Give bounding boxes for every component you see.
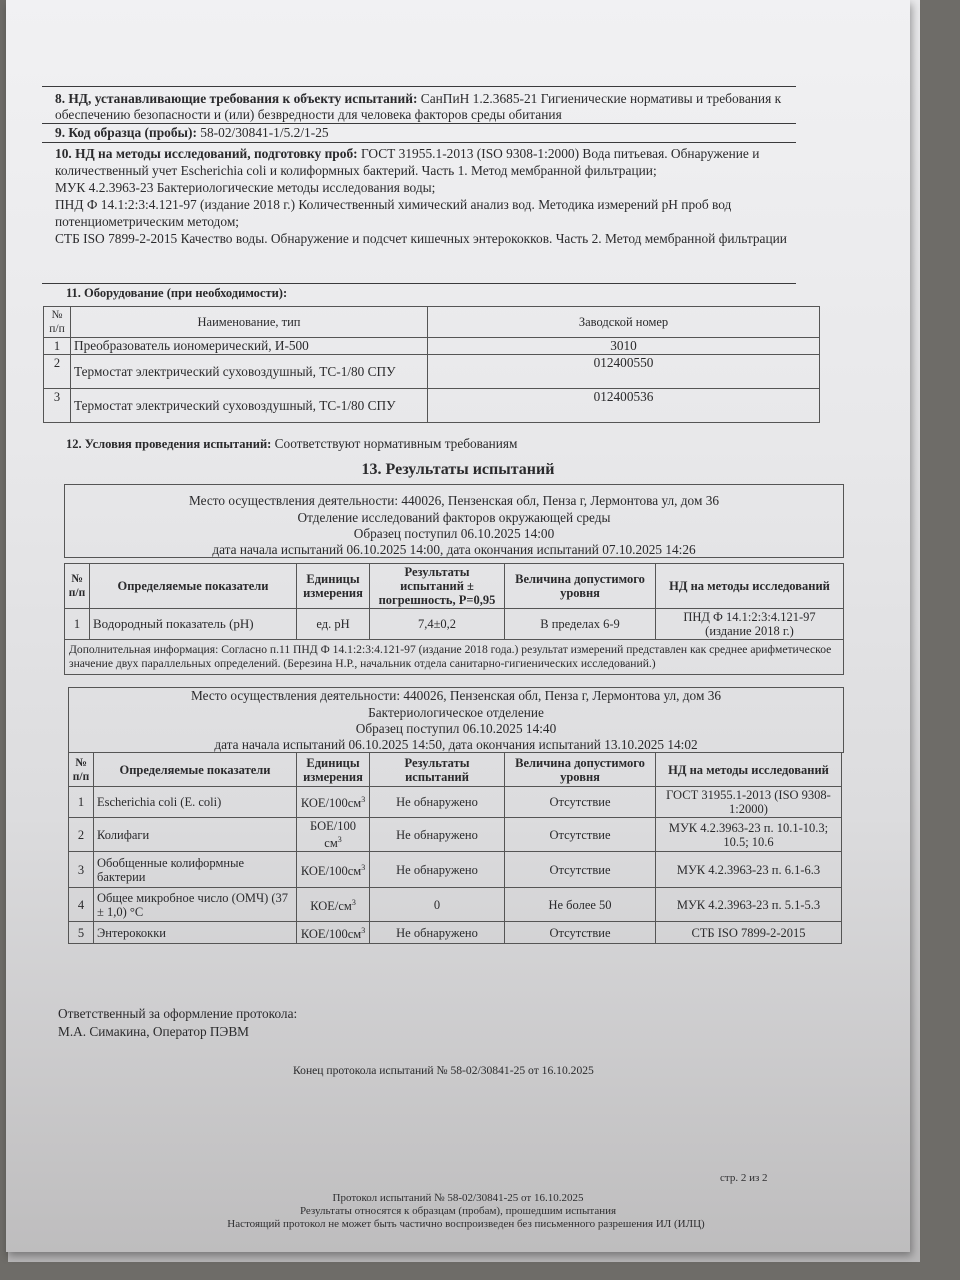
section-10-line-4: СТБ ISO 7899-2-2015 Качество воды. Обнар… bbox=[55, 231, 787, 246]
cell-n: 2 bbox=[44, 355, 71, 389]
responsible: Ответственный за оформление протокола: М… bbox=[58, 1005, 297, 1041]
unit-superscript: 3 bbox=[361, 863, 365, 872]
cell-indicator: Колифаги bbox=[94, 818, 297, 852]
section-11-label: 11. Оборудование (при необходимости): bbox=[66, 286, 287, 301]
col-n: № п/п bbox=[65, 564, 90, 609]
document-page: 8. НД, устанавливающие требования к объе… bbox=[6, 0, 910, 1252]
received: Образец поступил 06.10.2025 14:00 bbox=[65, 526, 843, 543]
unit-superscript: 3 bbox=[361, 926, 365, 935]
col-indicator: Определяемые показатели bbox=[94, 753, 297, 787]
additional-info: Дополнительная информация: Согласно п.11… bbox=[64, 640, 844, 675]
cell-method: ПНД Ф 14.1:2:3:4.121-97 (издание 2018 г.… bbox=[656, 609, 844, 640]
col-unit: Единицы измерения bbox=[297, 564, 370, 609]
cell-name: Термостат электрический суховоздушный, Т… bbox=[71, 389, 428, 423]
cell-limit: Отсутствие bbox=[505, 818, 656, 852]
responsible-name: М.А. Симакина, Оператор ПЭВМ bbox=[58, 1023, 297, 1041]
place: Место осуществления деятельности: 440026… bbox=[69, 688, 843, 705]
page-number: стр. 2 из 2 bbox=[720, 1172, 768, 1184]
cell-method: СТБ ISO 7899-2-2015 bbox=[656, 922, 842, 944]
table-row: 3 Термостат электрический суховоздушный,… bbox=[44, 389, 820, 423]
table-row: 2 Термостат электрический суховоздушный,… bbox=[44, 355, 820, 389]
cell-unit: КОЕ/100см3 bbox=[297, 787, 370, 818]
end-note: Конец протокола испытаний № 58-02/30841-… bbox=[293, 1064, 594, 1077]
table-row: 5ЭнтерококкиКОЕ/100см3Не обнаруженоОтсут… bbox=[69, 922, 842, 944]
results-table-1: № п/п Определяемые показатели Единицы из… bbox=[64, 563, 844, 640]
cell-result: Не обнаружено bbox=[370, 787, 505, 818]
section-8: 8. НД, устанавливающие требования к объе… bbox=[55, 91, 795, 123]
cell-n: 3 bbox=[69, 852, 94, 888]
cell-method: МУК 4.2.3963-23 п. 6.1-6.3 bbox=[656, 852, 842, 888]
test-dates: дата начала испытаний 06.10.2025 14:50, … bbox=[69, 738, 843, 752]
cell-n: 4 bbox=[69, 888, 94, 922]
cell-n: 1 bbox=[69, 787, 94, 818]
table-row: 1 Водородный показатель (pH) ед. pH 7,4±… bbox=[65, 609, 844, 640]
cell-result: 0 bbox=[370, 888, 505, 922]
cell-unit: КОЕ/см3 bbox=[297, 888, 370, 922]
unit-text: КОЕ/см bbox=[310, 899, 352, 913]
divider bbox=[42, 283, 796, 284]
col-n: № п/п bbox=[44, 307, 71, 338]
col-name: Наименование, тип bbox=[71, 307, 428, 338]
section-12-text: Соответствуют нормативным требованиям bbox=[275, 436, 518, 451]
test-dates: дата начала испытаний 06.10.2025 14:00, … bbox=[65, 543, 843, 557]
equipment-table: № п/п Наименование, тип Заводской номер … bbox=[43, 306, 820, 423]
section-10-line-3: ПНД Ф 14.1:2:3:4.121-97 (издание 2018 г.… bbox=[55, 197, 731, 229]
cell-n: 1 bbox=[44, 338, 71, 355]
unit-text: КОЕ/100см bbox=[301, 864, 361, 878]
section-12-label: 12. Условия проведения испытаний: bbox=[66, 437, 271, 451]
cell-unit: КОЕ/100см3 bbox=[297, 922, 370, 944]
section-9-label: 9. Код образца (пробы): bbox=[55, 125, 197, 140]
cell-method: МУК 4.2.3963-23 п. 10.1-10.3; 10.5; 10.6 bbox=[656, 818, 842, 852]
section-10-line-2: МУК 4.2.3963-23 Бактериологические метод… bbox=[55, 180, 435, 195]
cell-method: МУК 4.2.3963-23 п. 5.1-5.3 bbox=[656, 888, 842, 922]
cell-result: Не обнаружено bbox=[370, 922, 505, 944]
cell-indicator: Общее микробное число (ОМЧ) (37 ± 1,0) °… bbox=[94, 888, 297, 922]
unit-text: БОЕ/100 см bbox=[310, 819, 356, 850]
footer-line-1: Протокол испытаний № 58-02/30841-25 от 1… bbox=[6, 1192, 910, 1204]
table-row: 2КолифагиБОЕ/100 см3Не обнаруженоОтсутст… bbox=[69, 818, 842, 852]
responsible-label: Ответственный за оформление протокола: bbox=[58, 1005, 297, 1023]
section-12: 12. Условия проведения испытаний: Соотве… bbox=[66, 436, 517, 452]
col-method: НД на методы исследований bbox=[656, 564, 844, 609]
col-result: Результаты испытаний ± погрешность, Р=0,… bbox=[370, 564, 505, 609]
col-result: Результаты испытаний bbox=[370, 753, 505, 787]
col-method: НД на методы исследований bbox=[656, 753, 842, 787]
divider bbox=[42, 123, 796, 124]
cell-limit: В пределах 6-9 bbox=[505, 609, 656, 640]
received: Образец поступил 06.10.2025 14:40 bbox=[69, 721, 843, 738]
cell-method: ГОСТ 31955.1-2013 (ISO 9308-1:2000) bbox=[656, 787, 842, 818]
department: Отделение исследований факторов окружающ… bbox=[65, 510, 843, 527]
col-limit: Величина допустимого уровня bbox=[505, 753, 656, 787]
results-block-1: Место осуществления деятельности: 440026… bbox=[64, 484, 844, 558]
cell-result: 7,4±0,2 bbox=[370, 609, 505, 640]
unit-text: КОЕ/100см bbox=[301, 927, 361, 941]
cell-name: Преобразователь иономерический, И-500 bbox=[71, 338, 428, 355]
cell-result: Не обнаружено bbox=[370, 852, 505, 888]
cell-limit: Не более 50 bbox=[505, 888, 656, 922]
cell-indicator: Escherichia coli (E. coli) bbox=[94, 787, 297, 818]
section-9-text: 58-02/30841-1/5.2/1-25 bbox=[200, 125, 328, 140]
divider bbox=[42, 86, 796, 87]
table-row: 1 Преобразователь иономерический, И-500 … bbox=[44, 338, 820, 355]
cell-unit: ед. pH bbox=[297, 609, 370, 640]
cell-indicator: Обобщенные колиформные бактерии bbox=[94, 852, 297, 888]
cell-unit: БОЕ/100 см3 bbox=[297, 818, 370, 852]
col-indicator: Определяемые показатели bbox=[90, 564, 297, 609]
results-table-2: № п/п Определяемые показатели Единицы из… bbox=[68, 752, 842, 944]
cell-serial: 012400536 bbox=[428, 389, 820, 423]
cell-limit: Отсутствие bbox=[505, 922, 656, 944]
col-unit: Единицы измерения bbox=[297, 753, 370, 787]
cell-name: Термостат электрический суховоздушный, Т… bbox=[71, 355, 428, 389]
cell-n: 3 bbox=[44, 389, 71, 423]
cell-limit: Отсутствие bbox=[505, 787, 656, 818]
cell-n: 1 bbox=[65, 609, 90, 640]
department: Бактериологическое отделение bbox=[69, 705, 843, 722]
divider bbox=[42, 142, 796, 143]
col-serial: Заводской номер bbox=[428, 307, 820, 338]
section-10-label: 10. НД на методы исследований, подготовк… bbox=[55, 146, 358, 161]
section-13-title: 13. Результаты испытаний bbox=[6, 461, 910, 479]
cell-serial: 3010 bbox=[428, 338, 820, 355]
cell-limit: Отсутствие bbox=[505, 852, 656, 888]
place: Место осуществления деятельности: 440026… bbox=[65, 493, 843, 510]
cell-unit: КОЕ/100см3 bbox=[297, 852, 370, 888]
cell-n: 5 bbox=[69, 922, 94, 944]
cell-serial: 012400550 bbox=[428, 355, 820, 389]
unit-superscript: 3 bbox=[338, 835, 342, 844]
cell-indicator: Водородный показатель (pH) bbox=[90, 609, 297, 640]
col-n: № п/п bbox=[69, 753, 94, 787]
section-8-label: 8. НД, устанавливающие требования к объе… bbox=[55, 91, 417, 106]
results-block-2: Место осуществления деятельности: 440026… bbox=[68, 687, 844, 753]
footer-line-3: Настоящий протокол не может быть частичн… bbox=[0, 1218, 936, 1230]
unit-superscript: 3 bbox=[352, 898, 356, 907]
cell-result: Не обнаружено bbox=[370, 818, 505, 852]
section-10: 10. НД на методы исследований, подготовк… bbox=[55, 145, 795, 247]
cell-indicator: Энтерококки bbox=[94, 922, 297, 944]
unit-text: КОЕ/100см bbox=[301, 797, 361, 811]
footer-line-2: Результаты относятся к образцам (пробам)… bbox=[6, 1205, 910, 1217]
table-row: 4Общее микробное число (ОМЧ) (37 ± 1,0) … bbox=[69, 888, 842, 922]
col-limit: Величина допустимого уровня bbox=[505, 564, 656, 609]
unit-superscript: 3 bbox=[361, 795, 365, 804]
section-9: 9. Код образца (пробы): 58-02/30841-1/5.… bbox=[55, 125, 795, 141]
table-row: 1Escherichia coli (E. coli)КОЕ/100см3Не … bbox=[69, 787, 842, 818]
table-row: 3Обобщенные колиформные бактерииКОЕ/100с… bbox=[69, 852, 842, 888]
cell-n: 2 bbox=[69, 818, 94, 852]
